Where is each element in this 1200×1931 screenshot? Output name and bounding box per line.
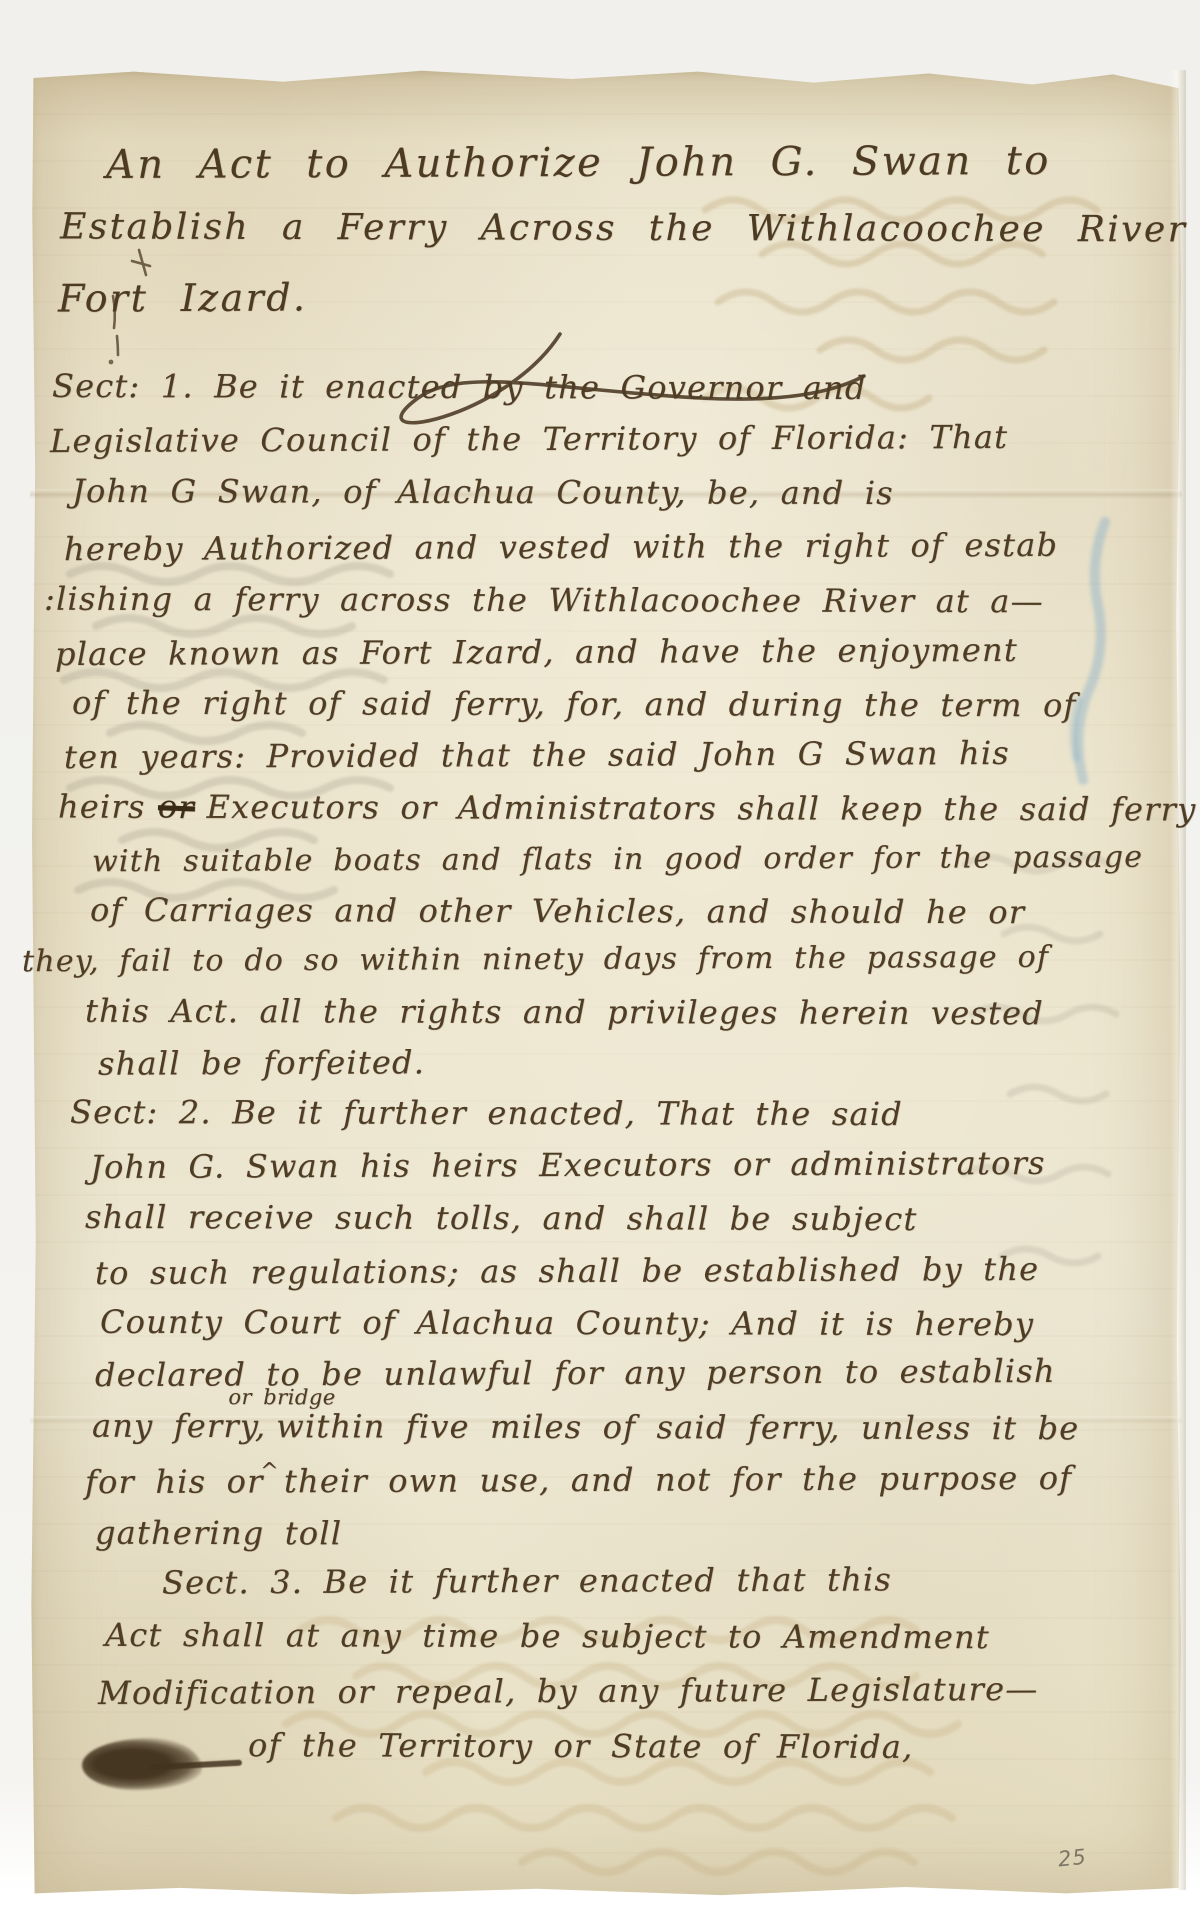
- manuscript-line: they, fail to do so within ninety days f…: [22, 940, 1049, 979]
- page-number: 25: [1057, 1845, 1088, 1872]
- manuscript-line: Sect: 2. Be it further enacted, That the…: [70, 1093, 903, 1133]
- manuscript-line-with-insertion: any ferry,or bridge^within five miles of…: [92, 1407, 1079, 1448]
- manuscript-text: An Act to Authorize John G. Swan to Esta…: [0, 0, 1200, 1931]
- manuscript-line: with suitable boats and flats in good or…: [92, 840, 1143, 880]
- title-line-3: Fort Izard.: [58, 275, 308, 320]
- manuscript-line: this Act. all the rights and privileges …: [85, 992, 1044, 1033]
- line-segment: heirs: [58, 788, 146, 826]
- manuscript-line: John G Swan, of Alachua County, be, and …: [72, 472, 894, 512]
- line-segment: any ferry,: [92, 1407, 266, 1445]
- manuscript-line: :lishing a ferry across the Withlacooche…: [44, 580, 1044, 621]
- manuscript-line: of Carriages and other Vehicles, and sho…: [90, 891, 1025, 931]
- manuscript-line: Sect: 1. Be it enacted by the Governor a…: [52, 367, 867, 407]
- manuscript-line: Sect. 3. Be it further enacted that this: [162, 1560, 892, 1601]
- manuscript-line: of the right of said ferry, for, and dur…: [72, 684, 1077, 725]
- manuscript-line: shall be forfeited.: [98, 1043, 425, 1082]
- manuscript-line: for his or their own use, and not for th…: [85, 1459, 1072, 1501]
- manuscript-line: Modification or repeal, by any future Le…: [98, 1670, 1039, 1712]
- manuscript-line: place known as Fort Izard, and have the …: [55, 631, 1018, 673]
- manuscript-line: of the Territory or State of Florida,: [248, 1726, 913, 1766]
- manuscript-line: John G. Swan his heirs Executors or admi…: [90, 1144, 1046, 1186]
- line-segment: Executors or Administrators shall keep t…: [206, 788, 1196, 829]
- title-line-1: An Act to Authorize John G. Swan to: [106, 138, 1051, 188]
- manuscript-line: to such regulations; as shall be establi…: [95, 1250, 1039, 1292]
- manuscript-line: gathering toll: [95, 1514, 342, 1553]
- manuscript-line: Act shall at any time be subject to Amen…: [105, 1616, 990, 1656]
- manuscript-line: ten years: Provided that the said John G…: [64, 734, 1010, 776]
- manuscript-line-with-strikeout: heirsorExecutors or Administrators shall…: [58, 788, 1197, 829]
- manuscript-line: shall receive such tolls, and shall be s…: [85, 1198, 918, 1238]
- manuscript-line: County Court of Alachua County; And it i…: [100, 1303, 1034, 1343]
- manuscript-line: Legislative Council of the Territory of …: [50, 418, 1008, 460]
- title-line-2: Establish a Ferry Across the Withlacooch…: [60, 206, 1200, 250]
- struck-out-word: or: [157, 787, 195, 826]
- interlined-insertion: or bridge: [228, 1385, 335, 1409]
- manuscript-line: hereby Authorized and vested with the ri…: [64, 526, 1058, 568]
- line-segment: within five miles of said ferry, unless …: [276, 1407, 1079, 1447]
